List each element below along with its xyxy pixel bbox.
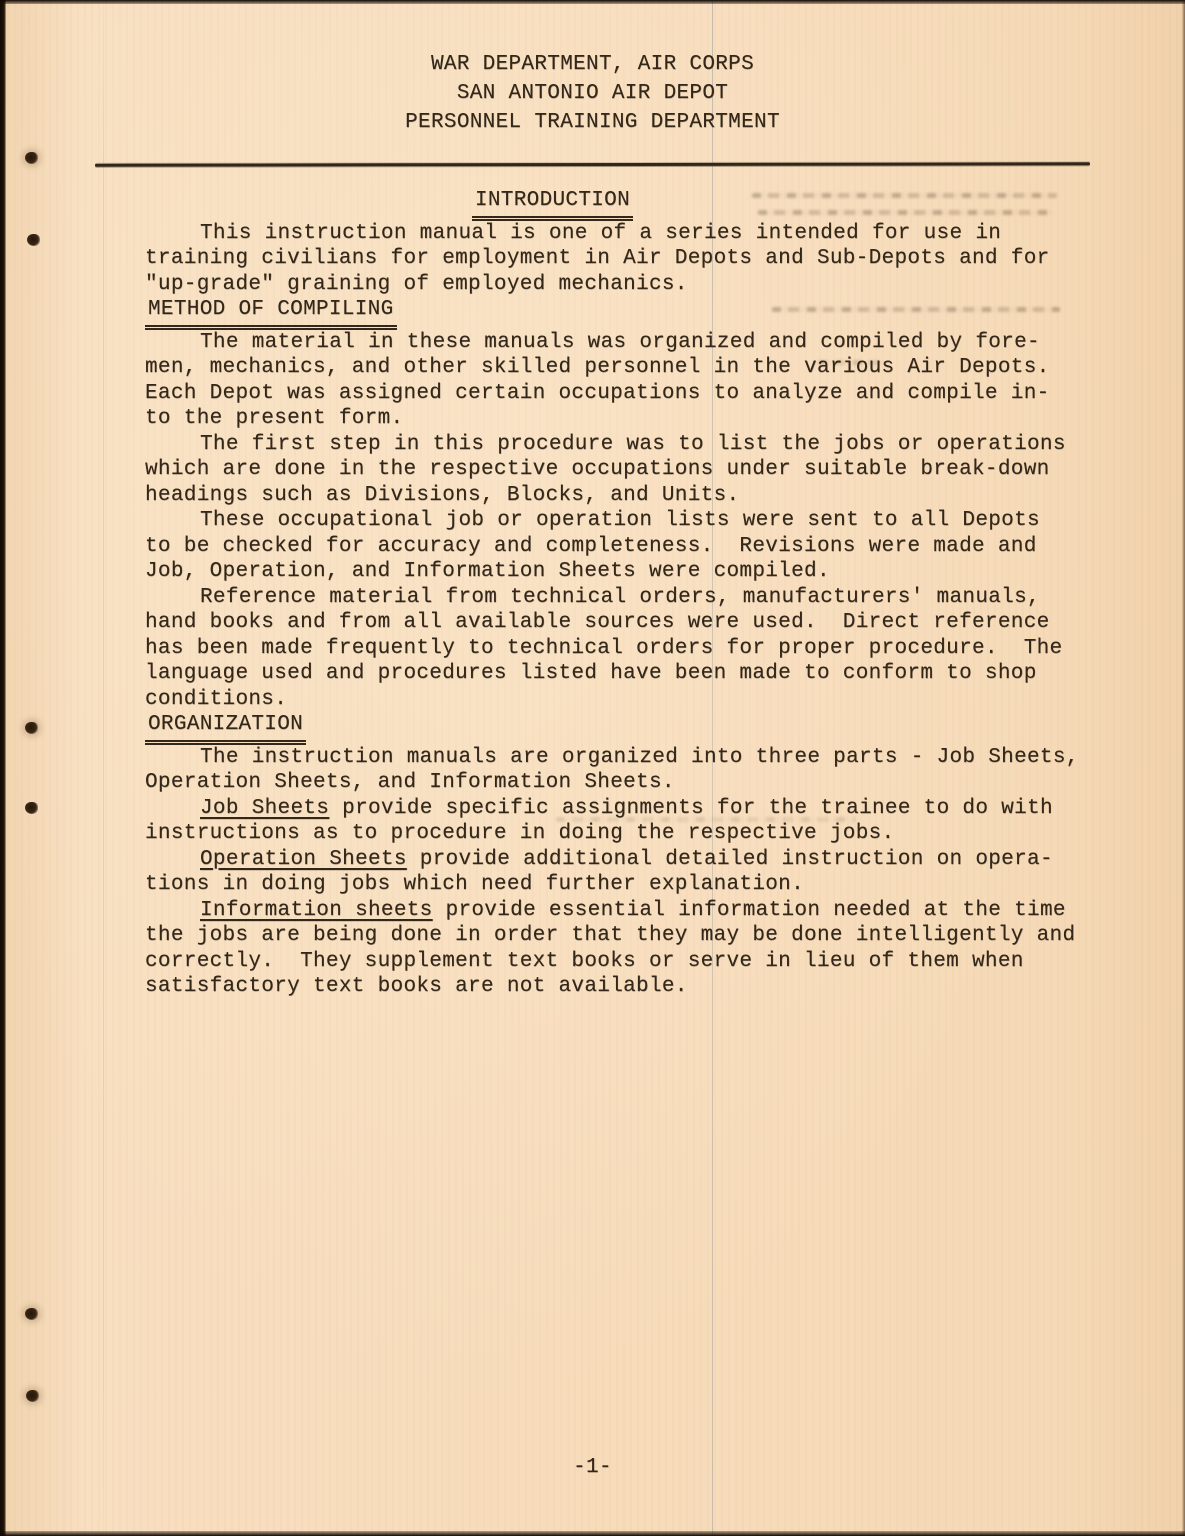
information-sheets-paragraph: Information sheets provide essential inf… — [145, 898, 1125, 1000]
ink-dot — [26, 1390, 39, 1402]
ink-dot — [27, 234, 40, 246]
job-sheets-paragraph: Job Sheets provide specific assignments … — [145, 796, 1125, 847]
ink-dot — [25, 722, 38, 734]
scan-edge-top — [0, 0, 1185, 4]
letterhead-line-2: SAN ANTONIO AIR DEPOT — [0, 79, 1185, 108]
section-heading-text: METHOD OF COMPILING — [145, 297, 397, 330]
header-divider-rule — [95, 162, 1090, 166]
page-footer: -1- — [0, 1455, 1185, 1481]
ink-dot — [25, 152, 38, 164]
page-number: -1- — [573, 1456, 612, 1479]
ink-dot — [25, 1308, 38, 1320]
letterhead-line-1: WAR DEPARTMENT, AIR CORPS — [0, 50, 1185, 79]
scan-edge-bottom — [0, 1531, 1185, 1536]
page-title-text: INTRODUCTION — [472, 188, 633, 221]
section-heading-text: ORGANIZATION — [145, 712, 306, 745]
method-paragraph-2: The first step in this procedure was to … — [145, 432, 1125, 509]
method-paragraph-1: The material in these manuals was organi… — [145, 330, 1125, 432]
document-letterhead: WAR DEPARTMENT, AIR CORPS SAN ANTONIO AI… — [0, 50, 1185, 137]
job-sheets-term: Job Sheets — [200, 797, 329, 820]
method-paragraph-4: Reference material from technical orders… — [145, 585, 1125, 713]
scan-edge-left — [0, 0, 6, 1536]
information-sheets-term: Information sheets — [200, 899, 433, 922]
letterhead-line-3: PERSONNEL TRAINING DEPARTMENT — [0, 108, 1185, 137]
scanned-document-page: WAR DEPARTMENT, AIR CORPS SAN ANTONIO AI… — [0, 0, 1185, 1536]
section-heading-method-of-compiling: METHOD OF COMPILING — [145, 297, 1125, 330]
operation-sheets-term: Operation Sheets — [200, 848, 407, 871]
ink-dot — [25, 802, 38, 814]
organization-paragraph-1: The instruction manuals are organized in… — [145, 745, 1125, 796]
method-paragraph-3: These occupational job or operation list… — [145, 508, 1125, 585]
document-body: INTRODUCTION This instruction manual is … — [145, 188, 1125, 1000]
operation-sheets-paragraph: Operation Sheets provide additional deta… — [145, 847, 1125, 898]
intro-paragraph: This instruction manual is one of a seri… — [145, 221, 1125, 298]
paper-crease-line — [103, 0, 104, 1536]
page-title: INTRODUCTION — [145, 188, 960, 221]
section-heading-organization: ORGANIZATION — [145, 712, 1125, 745]
